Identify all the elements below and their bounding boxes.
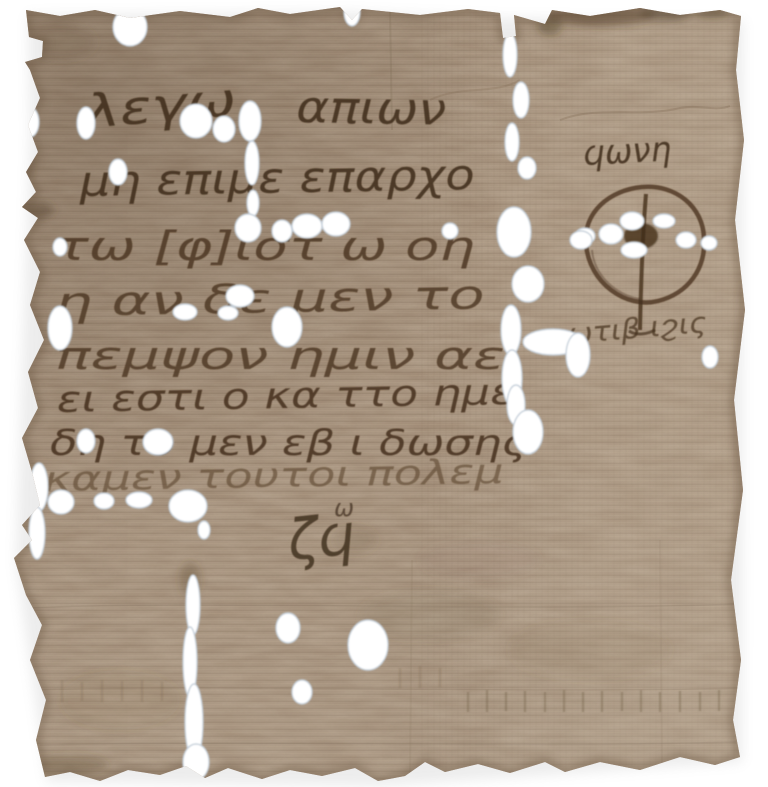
hole	[239, 101, 261, 141]
handwriting-line-6: ει εστι ο κα ττο ημε	[56, 372, 515, 421]
hole	[247, 190, 259, 216]
hole	[94, 493, 114, 509]
handwriting-line-8: καμεν τουτοι πολεμ	[43, 452, 504, 500]
hole	[109, 159, 127, 185]
hole	[213, 116, 235, 142]
handwriting-line-1b: απιων	[296, 82, 447, 136]
hole	[198, 521, 210, 539]
hole	[226, 285, 254, 307]
hole	[272, 220, 292, 242]
hole	[113, 8, 147, 46]
hole	[245, 141, 259, 185]
hole	[235, 214, 261, 242]
handwriting-line-2: μη επιμε επαρχο	[78, 150, 475, 206]
hole	[169, 490, 207, 522]
hole	[566, 333, 590, 377]
hole	[292, 680, 312, 704]
hole	[126, 492, 152, 508]
papyrus-fragment-image: λεγω απιων μη επιμε επαρχο τω [φ]ιστ ω ο…	[0, 0, 768, 787]
papyrus-photo: λεγω απιων μη επιμε επαρχο τω [φ]ιστ ω ο…	[0, 0, 768, 787]
hole	[53, 238, 67, 256]
hole	[505, 123, 519, 161]
hole	[702, 346, 718, 368]
hole	[348, 620, 388, 670]
hole	[501, 305, 521, 355]
hole	[48, 306, 72, 350]
hole	[48, 490, 74, 514]
hole	[322, 212, 350, 236]
handwriting-line-3: τω [φ]ιστ ω οη	[55, 224, 475, 270]
handwriting-right-word: ϥωνη	[582, 129, 672, 174]
hole	[442, 223, 458, 239]
monogram-superscript-omega: ω	[334, 494, 354, 522]
stain	[420, 540, 540, 580]
hole	[513, 410, 543, 454]
papyrus-fragment: λεγω απιων μη επιμε επαρχο τω [φ]ιστ ω ο…	[0, 0, 768, 787]
hole	[29, 507, 45, 559]
hole	[276, 613, 300, 643]
hole	[186, 575, 200, 635]
hole	[518, 157, 536, 179]
hole	[218, 306, 238, 320]
hole	[173, 304, 197, 320]
hole	[570, 231, 592, 249]
hole	[77, 107, 95, 139]
hole	[513, 82, 529, 118]
hole	[272, 307, 302, 347]
hole	[292, 214, 322, 238]
handwriting-line-4: η αν δε μεν το	[54, 273, 485, 326]
hole	[621, 242, 647, 258]
hole	[180, 104, 212, 138]
stain	[510, 620, 670, 680]
hole	[497, 207, 531, 257]
hole	[676, 232, 696, 248]
hole	[599, 224, 623, 244]
hole	[503, 33, 517, 77]
hole	[512, 266, 544, 302]
hole	[620, 212, 644, 230]
hole	[701, 236, 717, 250]
hole	[143, 429, 173, 455]
hole	[653, 214, 675, 228]
hole	[77, 429, 95, 453]
